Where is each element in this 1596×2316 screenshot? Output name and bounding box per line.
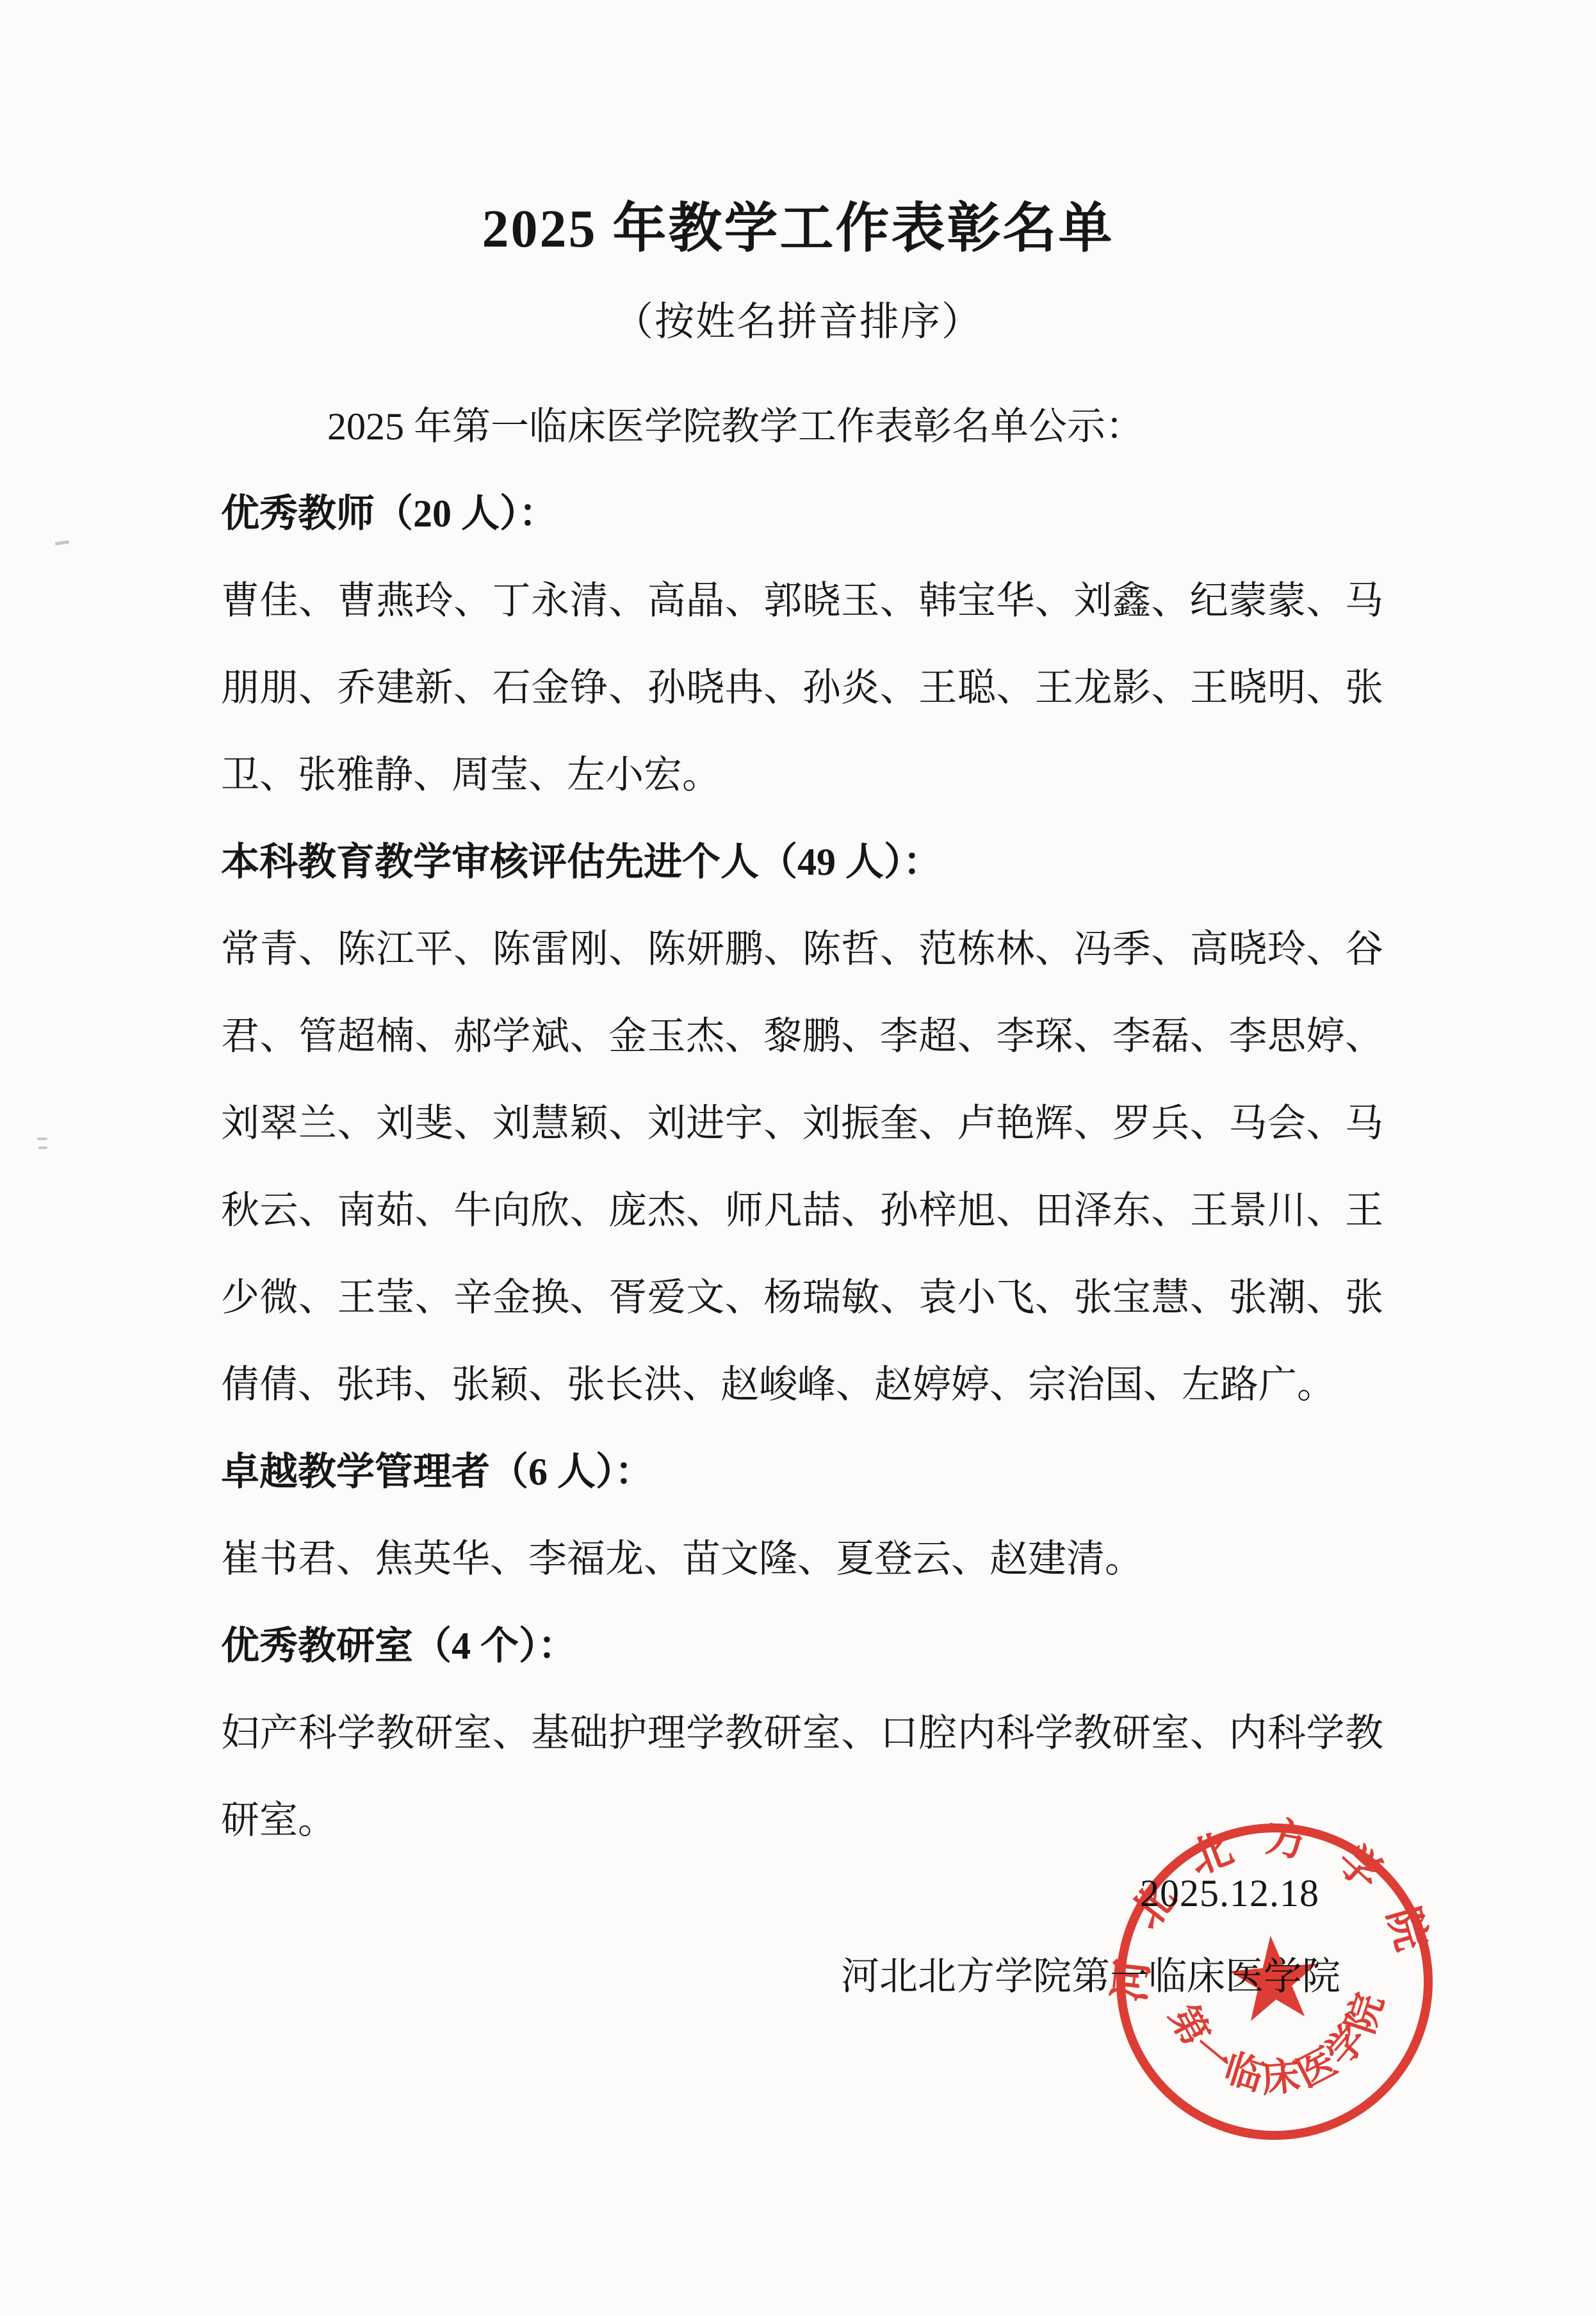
names-line: 卫、张雅静、周莹、左小宏。 <box>221 731 1383 819</box>
scan-speck <box>55 540 69 545</box>
intro-line: 2025 年第一临床医学院教学工作表彰名单公示： <box>221 383 1383 470</box>
page-title: 2025 年教学工作表彰名单 <box>0 202 1596 256</box>
scan-speck <box>37 1138 47 1140</box>
official-seal-stamp: 河北北方学院 第一临床医学院 <box>1094 1801 1454 2162</box>
names-line: 君、管超楠、郝学斌、金玉杰、黎鹏、李超、李琛、李磊、李思婷、 <box>221 993 1383 1080</box>
section-heading: 优秀教师（20 人）： <box>221 470 1383 557</box>
names-line: 崔书君、焦英华、李福龙、苗文隆、夏登云、赵建清。 <box>221 1515 1383 1602</box>
names-line: 常青、陈江平、陈雷刚、陈妍鹏、陈哲、范栋林、冯季、高晓玲、谷 <box>221 906 1383 993</box>
names-line: 少微、王莹、辛金换、胥爱文、杨瑞敏、袁小飞、张宝慧、张潮、张 <box>221 1254 1383 1341</box>
names-line: 刘翠兰、刘斐、刘慧颖、刘进宇、刘振奎、卢艳辉、罗兵、马会、马 <box>221 1080 1383 1167</box>
names-line: 倩倩、张玮、张颖、张长洪、赵峻峰、赵婷婷、宗治国、左路广。 <box>221 1341 1383 1428</box>
page-subtitle: （按姓名拼音排序） <box>0 302 1596 342</box>
document-body: 2025 年第一临床医学院教学工作表彰名单公示： 优秀教师（20 人）： 曹佳、… <box>221 383 1383 1864</box>
names-line: 妇产科学教研室、基础护理学教研室、口腔内科学教研室、内科学教 <box>221 1690 1383 1777</box>
section-heading: 卓越教学管理者（6 人）： <box>221 1428 1383 1515</box>
section-heading: 优秀教研室（4 个）： <box>221 1602 1383 1690</box>
scan-speck <box>38 1146 47 1149</box>
section-heading: 本科教育教学审核评估先进个人（49 人）： <box>221 819 1383 906</box>
names-line: 朋朋、乔建新、石金铮、孙晓冉、孙炎、王聪、王龙影、王晓明、张 <box>221 644 1383 731</box>
names-line: 秋云、南茹、牛向欣、庞杰、师凡喆、孙梓旭、田泽东、王景川、王 <box>221 1167 1383 1254</box>
star-icon <box>1226 1932 1321 2023</box>
names-line: 曹佳、曹燕玲、丁永清、高晶、郭晓玉、韩宝华、刘鑫、纪蒙蒙、马 <box>221 557 1383 644</box>
document-page: 2025 年教学工作表彰名单 （按姓名拼音排序） 2025 年第一临床医学院教学… <box>0 0 1596 2316</box>
